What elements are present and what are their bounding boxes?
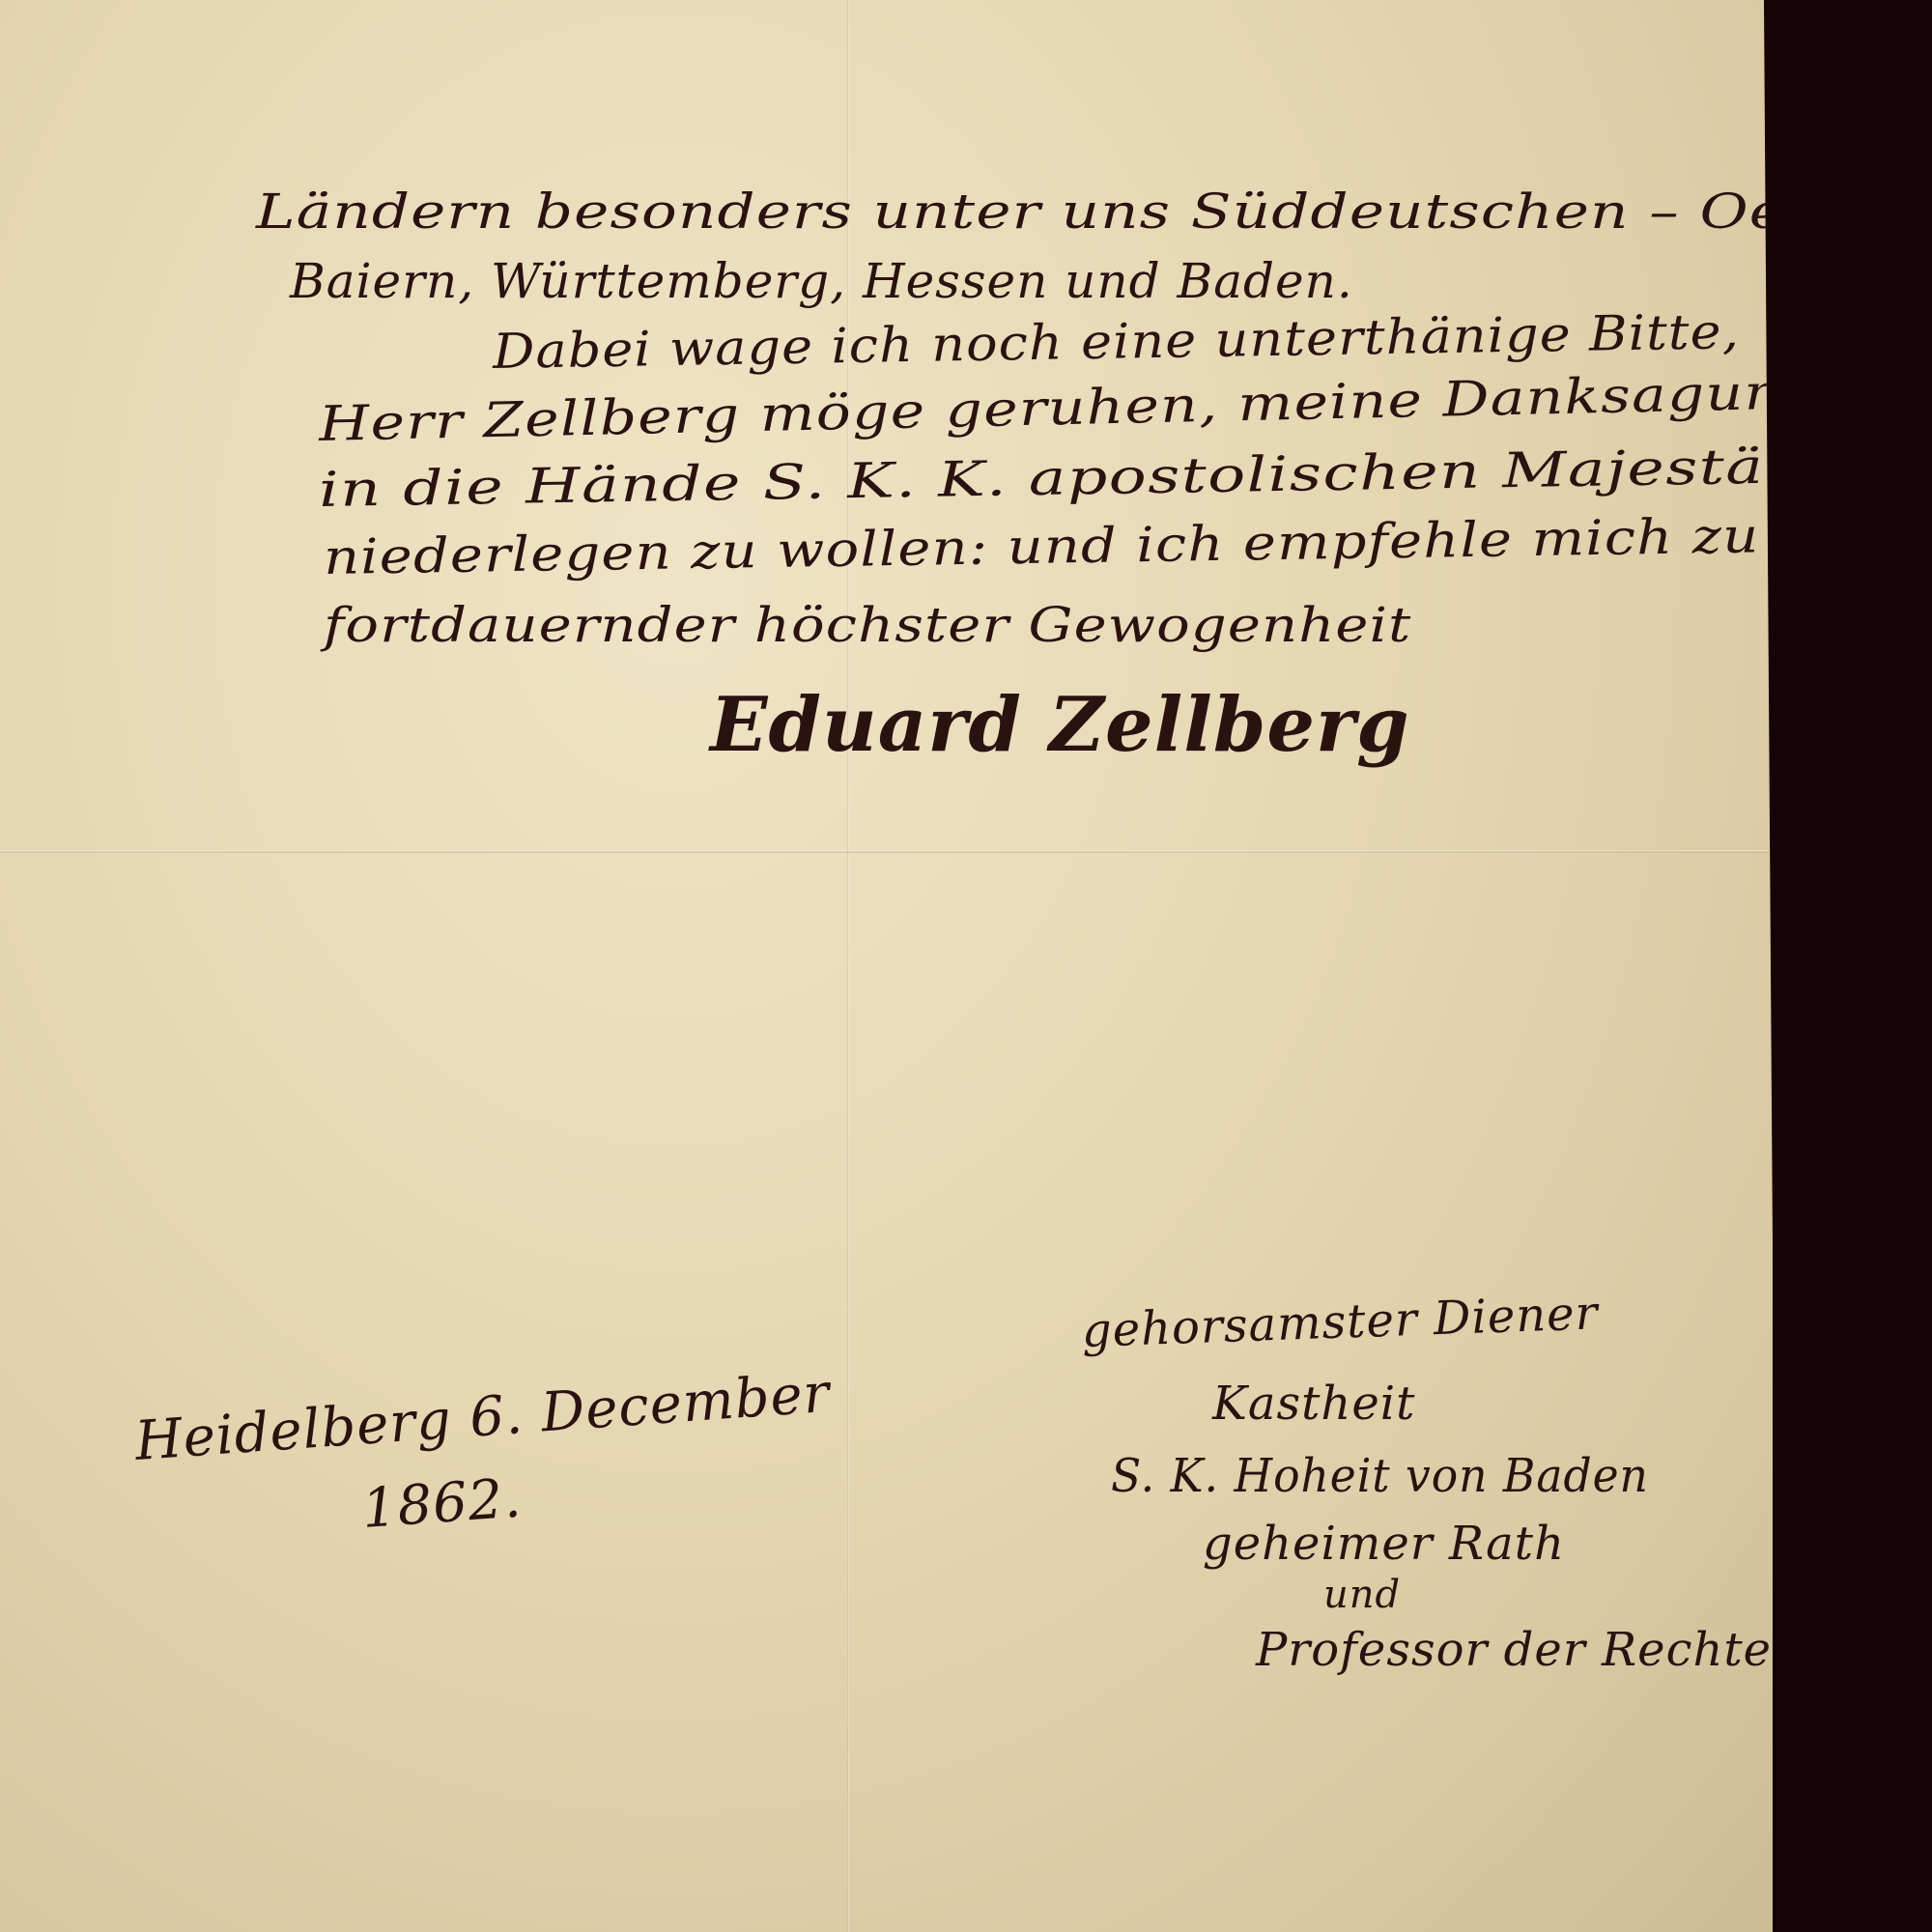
photo-scene: Ländern besonders unter uns Süddeutschen… [0,0,1932,1932]
closing-line-1: gehorsamster Diener [1081,1286,1599,1358]
body-line-1: Ländern besonders unter uns Süddeutschen… [256,184,1932,240]
body-line-6: niederlegen zu wollen: und ich empfehle … [323,507,1759,585]
signature: Eduard Zellberg [710,681,1410,769]
date-year: 1862. [360,1467,524,1541]
body-line-5: in die Hände S. K. K. apostolischen Maje… [318,438,1791,518]
closing-line-5: und [1323,1573,1401,1617]
closing-line-3: S. K. Hoheit von Baden [1111,1449,1649,1503]
body-line-2: Baiern, Württemberg, Hessen und Baden. [290,253,1353,309]
date-place: Heidelberg 6. December [133,1362,833,1473]
horizontal-fold-line [0,850,1768,853]
closing-line-6: Professor der Rechte [1256,1623,1772,1677]
closing-line-4: geheimer Rath [1203,1517,1565,1571]
body-line-7: fortdauernder höchster Gewogenheit [324,597,1411,653]
letter-paper: Ländern besonders unter uns Süddeutschen… [0,0,1773,1932]
closing-line-2: Kastheit [1212,1377,1415,1431]
